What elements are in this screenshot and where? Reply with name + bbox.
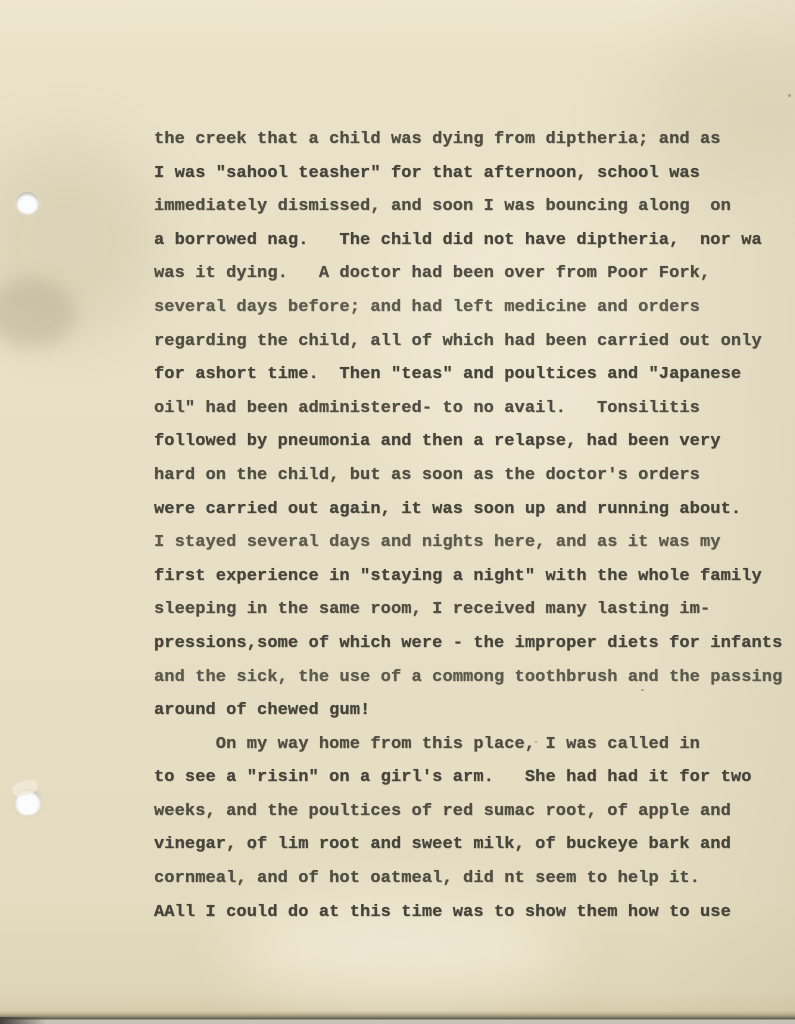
page-bottom-corner xyxy=(0,1017,46,1024)
text-line: a borrowed nag. The child did not have d… xyxy=(154,224,794,258)
text-line: was it dying. A doctor had been over fro… xyxy=(154,257,794,291)
paper-speck xyxy=(788,94,791,97)
text-line: cornmeal, and of hot oatmeal, did nt see… xyxy=(154,862,794,896)
text-line: for ashort time. Then "teas" and poultic… xyxy=(154,358,794,392)
text-line: the creek that a child was dying from di… xyxy=(154,123,794,157)
text-line: followed by pneumonia and then a relapse… xyxy=(154,425,794,459)
text-line: regarding the child, all of which had be… xyxy=(154,325,794,359)
text-line: and the sick, the use of a commong tooth… xyxy=(154,661,794,695)
text-line: hard on the child, but as soon as the do… xyxy=(154,459,794,493)
page-bottom-edge xyxy=(0,1011,795,1024)
text-line: several days before; and had left medici… xyxy=(154,291,794,325)
text-line: weeks, and the poultices of red sumac ro… xyxy=(154,795,794,829)
text-line: first experience in "staying a night" wi… xyxy=(154,560,794,594)
text-line: vinegar, of lim root and sweet milk, of … xyxy=(154,828,794,862)
text-line: I was "sahool teasher" for that afternoo… xyxy=(154,157,794,191)
typewritten-manuscript-page: the creek that a child was dying from di… xyxy=(0,0,795,1024)
text-line: around of chewed gum! xyxy=(154,694,794,728)
paper-stain xyxy=(0,140,160,340)
text-line: oil" had been administered- to no avail.… xyxy=(154,392,794,426)
text-line: to see a "risin" on a girl's arm. She ha… xyxy=(154,761,794,795)
paper-stain xyxy=(0,278,76,348)
text-line: I stayed several days and nights here, a… xyxy=(154,526,794,560)
punch-hole-bottom xyxy=(15,789,41,815)
document-text: the creek that a child was dying from di… xyxy=(154,123,794,929)
text-line: pressions,some of which were - the impro… xyxy=(154,627,794,661)
punch-hole-top xyxy=(16,192,39,214)
text-line: were carried out again, it was soon up a… xyxy=(154,493,794,527)
text-line: sleeping in the same room, I received ma… xyxy=(154,593,794,627)
text-line: AAll I could do at this time was to show… xyxy=(154,896,794,930)
text-line: On my way home from this place, I was ca… xyxy=(154,728,794,762)
text-line: immediately dismissed, and soon I was bo… xyxy=(154,190,794,224)
